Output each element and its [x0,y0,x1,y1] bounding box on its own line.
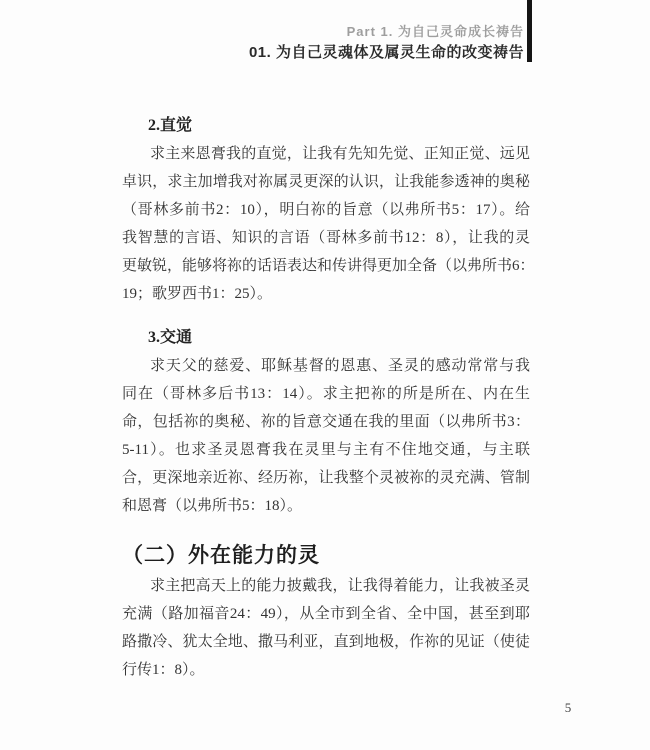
paragraph-line: 命，包括祢的奥秘、祢的旨意交通在我的里面（以弗所书3： [122,408,530,436]
paragraph-line: 路撒冷、犹太全地、撒马利亚，直到地极，作祢的见证（使徒 [122,628,530,656]
section-intuition: 2.直觉 求主来恩膏我的直觉，让我有先知先觉、正知正觉、远见 卓识，求主加增我对… [122,112,530,308]
paragraph-line: （哥林多前书2：10），明白祢的旨意（以弗所书5：17）。给 [122,196,530,224]
book-page: Part 1. 为自己灵命成长祷告 01. 为自己灵魂体及属灵生命的改变祷告 2… [0,0,650,750]
paragraph-line: 行传1：8）。 [122,656,530,684]
paragraph-line: 卓识，求主加增我对祢属灵更深的认识，让我能参透神的奥秘 [122,168,530,196]
section-heading: 3.交通 [122,324,530,352]
paragraph-line: 求主把高天上的能力披戴我，让我得着能力，让我被圣灵 [122,572,530,600]
section-heading: 2.直觉 [122,112,530,140]
paragraph-line: 更敏锐，能够将祢的话语表达和传讲得更加全备（以弗所书6： [122,252,530,280]
section-outer-power: （二）外在能力的灵 求主把高天上的能力披戴我，让我得着能力，让我被圣灵 充满（路… [122,542,530,684]
part-title: Part 1. 为自己灵命成长祷告 [0,24,524,40]
paragraph-line: 和恩膏（以弗所书5：18）。 [122,492,530,520]
page-number: 5 [556,700,580,716]
paragraph-line: 充满（路加福音24：49），从全市到全省、全中国，甚至到耶 [122,600,530,628]
paragraph-line: 求天父的慈爱、耶稣基督的恩惠、圣灵的感动常常与我 [122,352,530,380]
paragraph-line: 同在（哥林多后书13：14）。求主把祢的所是所在、内在生 [122,380,530,408]
major-section-heading: （二）外在能力的灵 [122,542,530,568]
page-content: 2.直觉 求主来恩膏我的直觉，让我有先知先觉、正知正觉、远见 卓识，求主加增我对… [122,112,530,684]
header-accent-bar [527,0,532,62]
running-header: Part 1. 为自己灵命成长祷告 01. 为自己灵魂体及属灵生命的改变祷告 [0,24,524,62]
paragraph-line: 5-11）。也求圣灵恩膏我在灵里与主有不住地交通，与主联 [122,436,530,464]
paragraph-line: 我智慧的言语、知识的言语（哥林多前书12：8），让我的灵 [122,224,530,252]
chapter-title: 01. 为自己灵魂体及属灵生命的改变祷告 [0,44,524,62]
paragraph-line: 求主来恩膏我的直觉，让我有先知先觉、正知正觉、远见 [122,140,530,168]
paragraph-line: 合，更深地亲近祢、经历祢，让我整个灵被祢的灵充满、管制 [122,464,530,492]
paragraph-line: 19；歌罗西书1：25）。 [122,280,530,308]
section-communion: 3.交通 求天父的慈爱、耶稣基督的恩惠、圣灵的感动常常与我 同在（哥林多后书13… [122,324,530,520]
